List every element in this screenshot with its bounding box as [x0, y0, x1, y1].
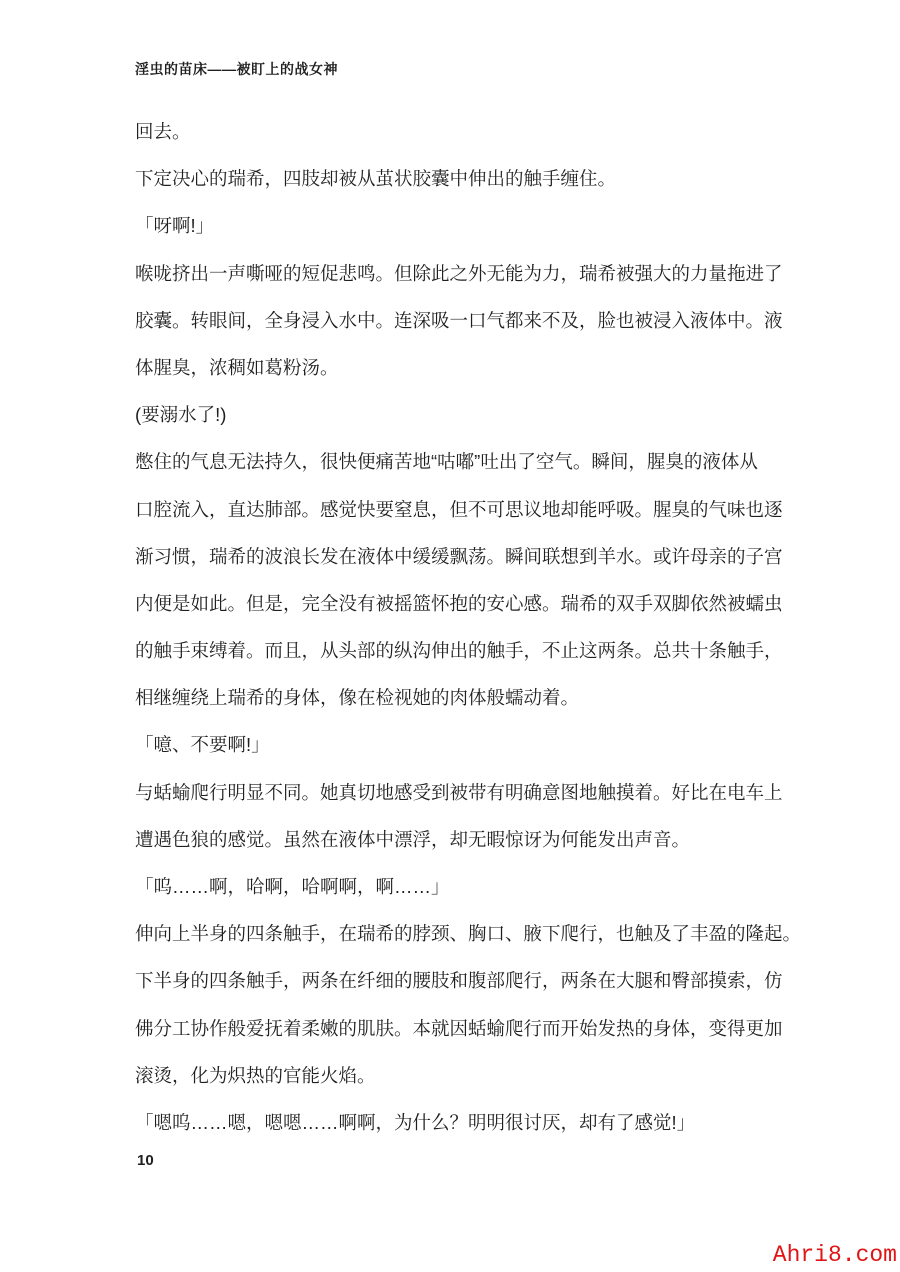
text-line: 「噫、不要啊!」	[135, 721, 780, 768]
text-line: 「呜……啊，哈啊，哈啊啊，啊……」	[135, 863, 780, 910]
document-page: 淫虫的苗床——被盯上的战女神 回去。 下定决心的瑞希，四肢却被从茧状胶囊中伸出的…	[0, 0, 900, 1272]
text-line: 伸向上半身的四条触手，在瑞希的脖颈、胸口、腋下爬行，也触及了丰盈的隆起。	[135, 910, 780, 957]
text-line: 滚烫，化为炽热的官能火焰。	[135, 1052, 780, 1099]
text-line: 下定决心的瑞希，四肢却被从茧状胶囊中伸出的触手缠住。	[135, 155, 780, 202]
text-line: 与蛞蝓爬行明显不同。她真切地感受到被带有明确意图地触摸着。好比在电车上	[135, 769, 780, 816]
text-line: 「嗯呜……嗯，嗯嗯……啊啊，为什么？明明很讨厌，却有了感觉!」	[135, 1099, 780, 1146]
text-line: 憋住的气息无法持久，很快便痛苦地“咕嘟”吐出了空气。瞬间，腥臭的液体从	[135, 438, 780, 485]
running-title: 淫虫的苗床——被盯上的战女神	[135, 59, 338, 79]
text-line: 相继缠绕上瑞希的身体，像在检视她的肉体般蠕动着。	[135, 674, 780, 721]
text-line: 渐习惯，瑞希的波浪长发在液体中缓缓飘荡。瞬间联想到羊水。或许母亲的子宫	[135, 533, 780, 580]
text-line: 回去。	[135, 108, 780, 155]
body-text: 回去。 下定决心的瑞希，四肢却被从茧状胶囊中伸出的触手缠住。 「呀啊!」 喉咙挤…	[135, 108, 780, 1146]
text-line: 的触手束缚着。而且，从头部的纵沟伸出的触手，不止这两条。总共十条触手，	[135, 627, 780, 674]
text-line: 「呀啊!」	[135, 202, 780, 249]
text-line: 佛分工协作般爱抚着柔嫩的肌肤。本就因蛞蝓爬行而开始发热的身体，变得更加	[135, 1005, 780, 1052]
text-line: 口腔流入，直达肺部。感觉快要窒息，但不可思议地却能呼吸。腥臭的气味也逐	[135, 486, 780, 533]
text-line: 体腥臭，浓稠如葛粉汤。	[135, 344, 780, 391]
text-line: 内便是如此。但是，完全没有被摇篮怀抱的安心感。瑞希的双手双脚依然被蠕虫	[135, 580, 780, 627]
text-line: 下半身的四条触手，两条在纤细的腰肢和腹部爬行，两条在大腿和臀部摸索，仿	[135, 957, 780, 1004]
text-line: 喉咙挤出一声嘶哑的短促悲鸣。但除此之外无能为力，瑞希被强大的力量拖进了	[135, 250, 780, 297]
watermark: Ahri8.com	[773, 1242, 897, 1268]
text-line: 胶囊。转眼间，全身浸入水中。连深吸一口气都来不及，脸也被浸入液体中。液	[135, 297, 780, 344]
text-line: 遭遇色狼的感觉。虽然在液体中漂浮，却无暇惊讶为何能发出声音。	[135, 816, 780, 863]
text-line: (要溺水了!)	[135, 391, 780, 438]
page-number: 10	[137, 1152, 154, 1169]
